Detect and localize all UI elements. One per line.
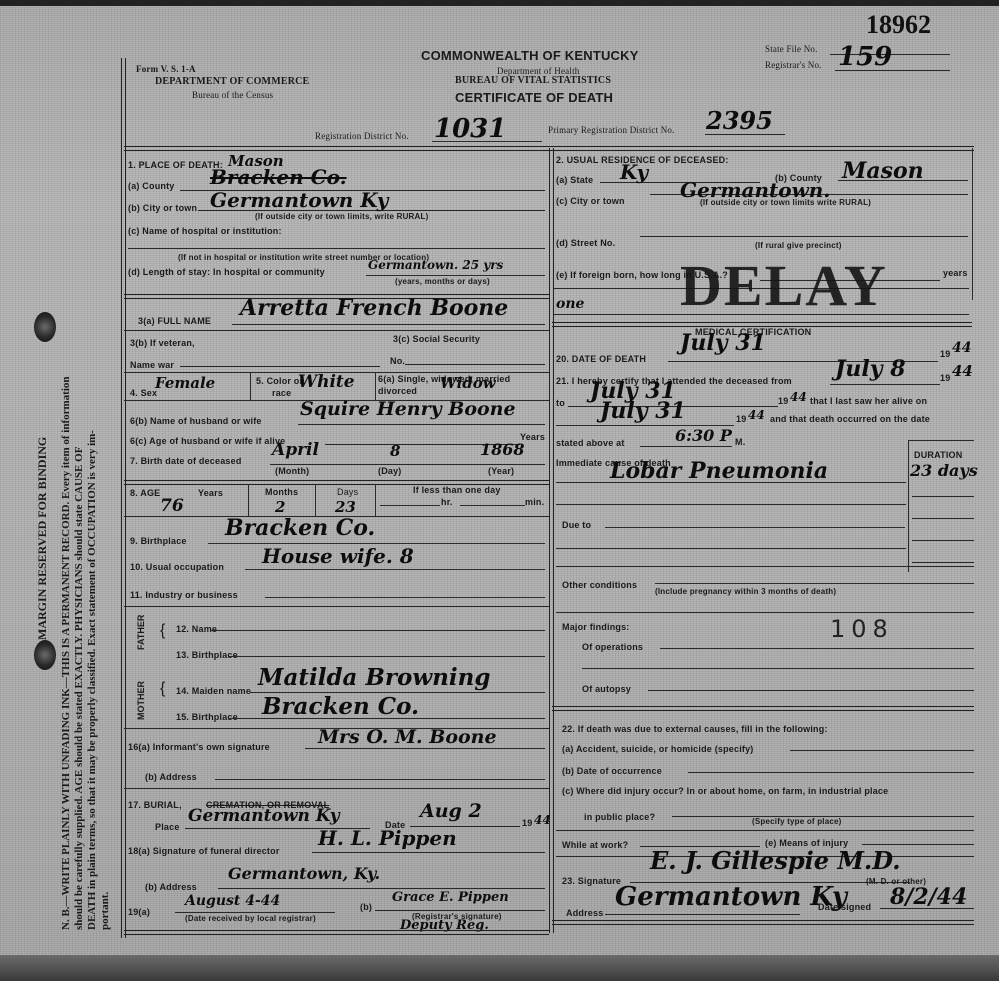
margin-instruction-4: portant.	[99, 892, 111, 930]
duration-line-4	[912, 562, 974, 563]
scan-top-edge	[0, 0, 999, 6]
age-divider-2	[315, 484, 316, 516]
time-line	[640, 446, 732, 447]
to-label: to	[556, 398, 565, 408]
color-label-2: race	[272, 388, 291, 398]
color-label-1: 5. Color or	[256, 376, 303, 386]
mother-group-label: MOTHER	[136, 681, 146, 720]
age-hr-label: hr.	[441, 497, 453, 507]
from-year: 44	[952, 362, 973, 380]
from-year-prefix: 19	[940, 373, 950, 383]
marital-value: Widow	[440, 374, 496, 392]
residence-city-label: (c) City or town	[556, 196, 625, 206]
immediate-cause-value: Lobar Pneumonia	[610, 458, 828, 484]
birthplace-label: 9. Birthplace	[130, 536, 187, 546]
birth-month-value: April	[272, 440, 319, 460]
burial-place-value: Germantown Ky	[188, 806, 340, 826]
father-group-label: FATHER	[136, 615, 146, 650]
birth-day-value: 8	[390, 442, 400, 460]
to-year: 44	[790, 390, 807, 404]
physician-address-label: Address	[566, 908, 603, 918]
veteran-label: 3(b) If veteran,	[130, 338, 195, 348]
due-to-line	[605, 527, 905, 528]
father-name-label: 12. Name	[176, 624, 217, 634]
other-conditions-label: Other conditions	[562, 580, 637, 590]
commonwealth-heading: COMMONWEALTH OF KENTUCKY	[421, 48, 639, 63]
right-bottom-border	[552, 920, 974, 925]
margin-instruction-2: should be carefully supplied. AGE should…	[73, 447, 85, 930]
duration-value: 23 days	[910, 461, 978, 480]
sex-value: Female	[155, 374, 215, 392]
name-war-line	[180, 366, 380, 367]
spouse-value: Squire Henry Boone	[300, 398, 516, 420]
means-of-injury-line	[862, 844, 974, 845]
death-county-value: Bracken Co.	[210, 165, 347, 189]
age-months-label: Months	[265, 487, 298, 497]
last-saw-year-prefix: 19	[736, 414, 746, 424]
row3-divider	[124, 330, 549, 331]
social-security-no-label: No.	[390, 356, 405, 366]
full-name-value: Arretta French Boone	[240, 295, 508, 321]
major-findings-label: Major findings:	[562, 622, 630, 632]
received-label: 19(a)	[128, 907, 150, 917]
accident-label: (a) Accident, suicide, or homicide (spec…	[562, 744, 754, 754]
death-city-note: (If outside city or town limits, write R…	[255, 212, 428, 221]
funeral-director-line	[312, 852, 545, 853]
binding-hole-bottom	[34, 640, 56, 670]
form-left-border	[121, 58, 126, 938]
margin-instruction-3: DEATH in plain terms, so that it may be …	[86, 430, 98, 930]
cause-line-2	[556, 504, 906, 505]
funeral-address-label: (b) Address	[145, 882, 197, 892]
color-value: White	[298, 372, 355, 392]
sex-label: 4. Sex	[130, 388, 157, 398]
funeral-director-value: H. L. Pippen	[318, 826, 457, 850]
mother-name-value: Matilda Browning	[258, 664, 490, 691]
industry-line	[265, 597, 545, 598]
file-stamp-number: 18962	[866, 10, 931, 40]
reg-district-label: Registration District No.	[315, 131, 409, 141]
age-hr-line	[380, 505, 440, 506]
header-divider	[124, 146, 974, 151]
to-year-prefix: 19	[778, 396, 788, 406]
while-at-work-label: While at work?	[562, 840, 628, 850]
residence-street-note: (If rural give precinct)	[755, 241, 842, 250]
operations-line-2	[582, 668, 974, 669]
certificate-title: CERTIFICATE OF DEATH	[455, 90, 613, 105]
received-line	[175, 912, 335, 913]
informant-value: Mrs O. M. Boone	[318, 726, 497, 748]
occupation-label: 10. Usual occupation	[130, 562, 224, 572]
residence-street-label: (d) Street No.	[556, 238, 615, 248]
hospital-label: (c) Name of hospital or institution:	[128, 226, 282, 236]
father-birthplace-line	[228, 656, 545, 657]
age-months-value: 2	[275, 498, 285, 516]
age-years-value: 76	[160, 496, 184, 516]
primary-reg-value: 2395	[706, 106, 773, 135]
row16-divider	[124, 788, 549, 789]
stay-value: Germantown. 25 yrs	[368, 258, 503, 272]
date-death-label: 20. DATE OF DEATH	[556, 354, 646, 364]
foreign-born-unit: years	[943, 268, 968, 278]
occurrence-label: (b) Date of occurrence	[562, 766, 662, 776]
funeral-address-value: Germantown, Ky.	[228, 864, 380, 883]
left-bottom-border	[124, 930, 549, 935]
duration-line-1	[912, 496, 974, 497]
funeral-address-line	[218, 888, 545, 889]
scan-bottom-edge	[0, 955, 999, 981]
bureau-vital-label: BUREAU OF VITAL STATISTICS	[455, 75, 611, 86]
informant-address-label: (b) Address	[145, 772, 197, 782]
spouse-label: 6(b) Name of husband or wife	[130, 416, 262, 426]
operations-label: Of operations	[582, 642, 643, 652]
stated-label: stated above at	[556, 438, 625, 448]
stay-note: (years, months or days)	[395, 277, 490, 286]
spouse-age-label: 6(c) Age of husband or wife if alive	[130, 436, 285, 446]
registrar-sig-line	[375, 910, 545, 911]
age-min-line	[460, 505, 525, 506]
funeral-director-label: 18(a) Signature of funeral director	[128, 846, 280, 856]
age-divider-1	[248, 484, 249, 516]
accident-line	[790, 750, 974, 751]
residence-state-label: (a) State	[556, 175, 593, 185]
last-saw-year: 44	[748, 408, 765, 422]
row11-divider	[124, 606, 549, 607]
birth-date-line	[270, 464, 545, 465]
physician-address-line	[605, 914, 800, 915]
industry-label: 11. Industry or business	[130, 590, 238, 600]
department-label: DEPARTMENT OF COMMERCE	[155, 76, 309, 87]
date-death-year: 44	[952, 340, 971, 356]
stay-label: (d) Length of stay: In hospital or commu…	[128, 267, 325, 277]
other-conditions-line-2	[556, 612, 974, 613]
external-causes-label: 22. If death was due to external causes,…	[562, 724, 828, 734]
social-security-line	[405, 364, 545, 365]
date-signed-label: Date signed	[818, 902, 871, 912]
time-m-label: M.	[735, 437, 745, 447]
place-of-death-heading: 1. PLACE OF DEATH:	[128, 160, 223, 170]
age-days-value: 23	[335, 498, 356, 516]
where-label: (c) Where did injury occur? In or about …	[562, 786, 888, 796]
registrar-no-value: 159	[838, 42, 892, 72]
residence-extra-value: one	[556, 296, 584, 312]
other-conditions-note: (Include pregnancy within 3 months of de…	[655, 587, 836, 596]
duration-box-left	[908, 440, 909, 572]
residence-city-note: (If outside city or town limits write RU…	[700, 198, 871, 207]
marital-label-2: divorced	[378, 386, 417, 396]
age-years-label: Years	[198, 488, 223, 498]
mother-brace-icon: {	[160, 680, 166, 698]
occurrence-line	[688, 772, 974, 773]
birth-date-label: 7. Birth date of deceased	[130, 456, 242, 466]
due-to-label: Due to	[562, 520, 591, 530]
father-name-line	[210, 630, 545, 631]
date-death-year-prefix: 19	[940, 349, 950, 359]
stay-line	[366, 275, 545, 276]
bureau-census-label: Bureau of the Census	[192, 90, 273, 100]
burial-label: 17. BURIAL,	[128, 800, 182, 810]
birth-day-caption: (Day)	[378, 466, 402, 476]
time-value: 6:30 P	[675, 426, 732, 445]
from-line	[830, 384, 940, 385]
duration-line-3	[912, 540, 974, 541]
occupation-value: House wife. 8	[262, 544, 414, 568]
duration-box-top	[908, 440, 974, 441]
public-place-divider	[556, 830, 974, 831]
autopsy-label: Of autopsy	[582, 684, 631, 694]
last-saw-label: that I last saw her alive on	[810, 396, 927, 406]
state-file-label: State File No.	[765, 44, 818, 54]
birthplace-value: Bracken Co.	[225, 515, 375, 541]
from-value: July 8	[835, 356, 906, 382]
last-saw-value: July 31	[600, 398, 686, 424]
signature-label: 23. Signature	[562, 876, 621, 886]
hospital-line	[128, 248, 545, 249]
other-conditions-line	[655, 583, 974, 584]
received-note: (Date received by local registrar)	[185, 914, 316, 923]
residence-street-line	[640, 236, 968, 237]
due-to-line-3	[556, 566, 974, 567]
due-to-line-2	[556, 548, 906, 549]
birth-month-caption: (Month)	[275, 466, 309, 476]
registrar-b-label: (b)	[360, 902, 372, 912]
color-divider	[375, 372, 376, 400]
burial-date-value: Aug 2	[420, 800, 482, 822]
social-security-label: 3(c) Social Security	[393, 334, 480, 344]
physician-address-value: Germantown Ky	[615, 882, 847, 912]
death-certificate-page: MARGIN RESERVED FOR BINDING N. B.—WRITE …	[0, 0, 999, 981]
birth-year-caption: (Year)	[488, 466, 514, 476]
registrar-sig-value: Grace E. Pippen	[392, 890, 509, 905]
date-death-value: July 31	[680, 330, 766, 356]
spouse-line	[298, 424, 545, 425]
age-days-label: Days	[337, 487, 358, 497]
occurred-label: and that death occurred on the date	[770, 414, 930, 424]
full-name-label: 3(a) FULL NAME	[138, 316, 211, 326]
informant-label: 16(a) Informant's own signature	[128, 742, 270, 752]
delay-stamp: DELAY	[680, 252, 888, 319]
binding-hole-top	[34, 312, 56, 342]
major-findings-value: 108	[830, 615, 894, 643]
section21-divider	[552, 706, 974, 711]
death-city-label: (b) City or town	[128, 203, 197, 213]
burial-place-label: Place	[155, 822, 180, 832]
duration-label: DURATION	[914, 450, 962, 460]
father-birthplace-label: 13. Birthplace	[176, 650, 238, 660]
form-number: Form V. S. 1-A	[136, 64, 196, 74]
age-min-label: min.	[525, 497, 544, 507]
full-name-line	[232, 324, 545, 325]
death-county-label: (a) County	[128, 181, 175, 191]
duration-line-2	[912, 518, 974, 519]
age-label: 8. AGE	[130, 488, 160, 498]
mother-name-label: 14. Maiden name	[176, 686, 251, 696]
specify-place-note: (Specify type of place)	[752, 817, 842, 826]
father-brace-icon: {	[160, 622, 166, 640]
physician-signature-value: E. J. Gillespie M.D.	[650, 846, 901, 875]
residence-state-value: Ky	[620, 160, 648, 184]
autopsy-line	[648, 690, 974, 691]
sex-divider	[250, 372, 251, 400]
received-value: August 4-44	[185, 893, 280, 909]
margin-instruction-1: N. B.—WRITE PLAINLY WITH UNFADING INK—TH…	[60, 376, 72, 930]
residence-county-value: Mason	[842, 158, 924, 184]
primary-reg-label: Primary Registration District No.	[548, 125, 675, 135]
burial-year-value: 44	[534, 813, 551, 827]
public-place-label: in public place?	[584, 812, 655, 822]
margin-binding-note: MARGIN RESERVED FOR BINDING	[35, 437, 50, 640]
name-war-label: Name war	[130, 360, 174, 370]
registrar-no-label: Registrar's No.	[765, 60, 822, 70]
date-signed-value: 8/2/44	[890, 884, 967, 910]
mother-birthplace-value: Bracken Co.	[262, 693, 419, 720]
right-border-upper	[972, 148, 973, 300]
age-divider-3	[375, 484, 376, 516]
informant-line	[305, 748, 545, 749]
age-less-day-label: If less than one day	[413, 485, 501, 495]
mother-birthplace-label: 15. Birthplace	[176, 712, 238, 722]
death-city-value: Germantown Ky	[210, 188, 388, 212]
informant-address-line	[215, 779, 545, 780]
burial-year-prefix: 19	[522, 818, 532, 828]
operations-line	[660, 648, 974, 649]
birth-year-value: 1868	[480, 440, 525, 459]
occupation-line	[245, 569, 545, 570]
reg-district-value: 1031	[434, 114, 506, 144]
